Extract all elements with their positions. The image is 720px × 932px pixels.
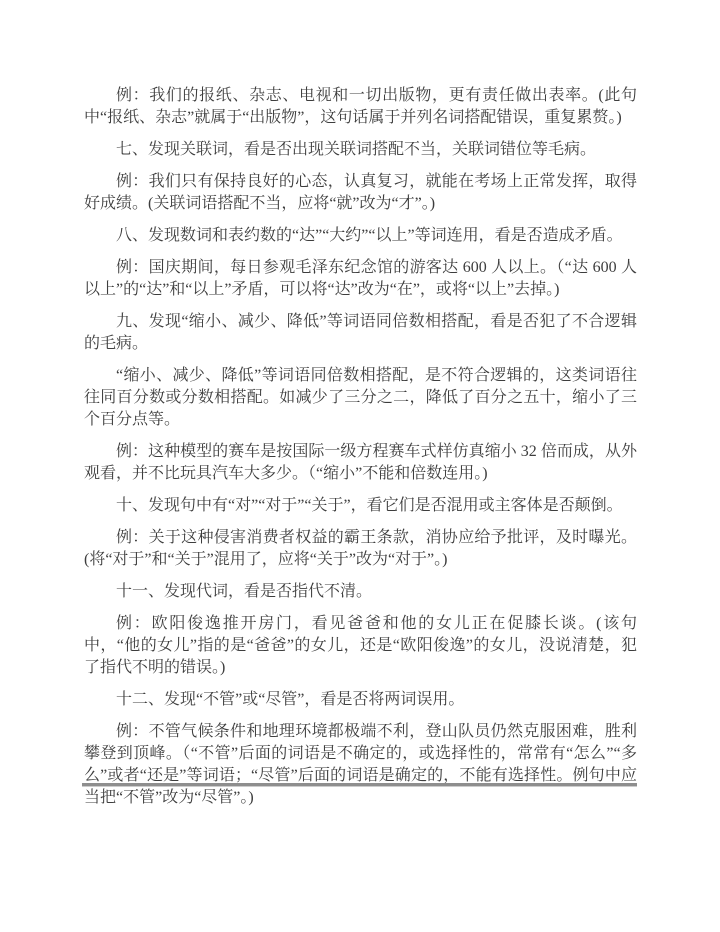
footer-divider xyxy=(82,783,637,787)
paragraph-note: “缩小、减少、降低”等词语同倍数相搭配，是不符合逻辑的，这类词语往往同百分数或分… xyxy=(84,365,637,431)
document-body: 例：我们的报纸、杂志、电视和一切出版物，更有责任做出表率。(此句中“报纸、杂志”… xyxy=(84,85,637,819)
paragraph-example: 例：欧阳俊逸推开房门，看见爸爸和他的女儿正在促膝长谈。(该句中，“他的女儿”指的… xyxy=(84,613,637,679)
section-heading-11: 十一、发现代词，看是否指代不清。 xyxy=(84,581,637,603)
section-heading-10: 十、发现句中有“对”“对于”“关于”，看它们是否混用或主客体是否颠倒。 xyxy=(84,495,637,517)
section-heading-8: 八、发现数词和表约数的“达”“大约”“以上”等词连用，看是否造成矛盾。 xyxy=(84,225,637,247)
section-heading-9: 九、发现“缩小、减少、降低”等词语同倍数相搭配，看是否犯了不合逻辑的毛病。 xyxy=(84,311,637,355)
section-heading-7: 七、发现关联词，看是否出现关联词搭配不当，关联词错位等毛病。 xyxy=(84,139,637,161)
paragraph-example: 例：这种模型的赛车是按国际一级方程赛车式样仿真缩小 32 倍而成，从外观看，并不… xyxy=(84,441,637,485)
paragraph-example: 例：国庆期间，每日参观毛泽东纪念馆的游客达 600 人以上。（“达 600 人以… xyxy=(84,257,637,301)
paragraph-example: 例：不管气候条件和地理环境都极端不利，登山队员仍然克服困难，胜利攀登到顶峰。（“… xyxy=(84,721,637,809)
section-heading-12: 十二、发现“不管”或“尽管”，看是否将两词误用。 xyxy=(84,689,637,711)
paragraph-example: 例：我们只有保持良好的心态，认真复习，就能在考场上正常发挥，取得好成绩。(关联词… xyxy=(84,171,637,215)
paragraph-example: 例：我们的报纸、杂志、电视和一切出版物，更有责任做出表率。(此句中“报纸、杂志”… xyxy=(84,85,637,129)
document-page: 例：我们的报纸、杂志、电视和一切出版物，更有责任做出表率。(此句中“报纸、杂志”… xyxy=(0,0,720,932)
paragraph-example: 例：关于这种侵害消费者权益的霸王条款，消协应给予批评，及时曝光。(将“对于”和“… xyxy=(84,527,637,571)
